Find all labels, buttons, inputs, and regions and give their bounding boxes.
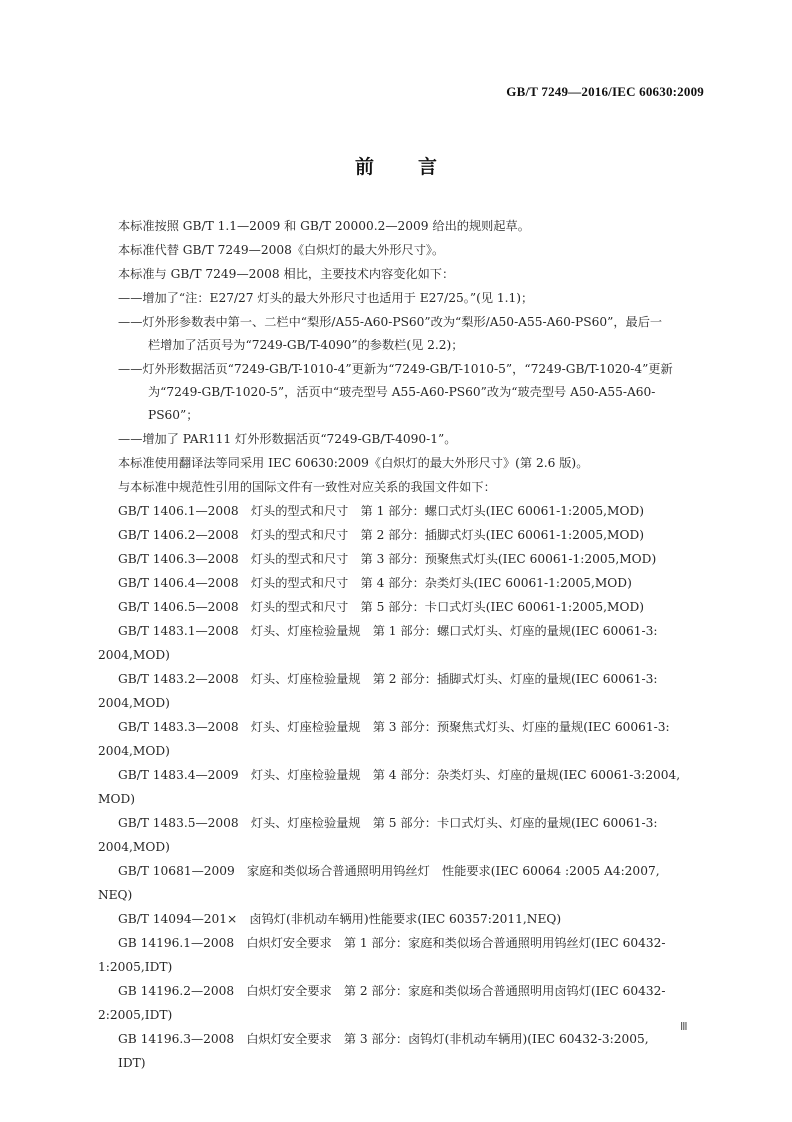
change-item: ——增加了 PAR111 灯外形数据活页“7249-GB/T-4090-1”。 — [118, 431, 456, 447]
change-item-cont: 为“7249-GB/T-1020-5”，活页中“玻壳型号 A55-A60-PS6… — [148, 384, 655, 400]
reference-item: GB 14196.2—2008 白炽灯安全要求 第 2 部分：家庭和类似场合普通… — [118, 983, 665, 999]
change-item: ——灯外形参数表中第一、二栏中“梨形/A55-A60-PS60”改为“梨形/A5… — [118, 314, 662, 330]
reference-item: GB/T 1406.2—2008 灯头的型式和尺寸 第 2 部分：插脚式灯头(I… — [118, 527, 644, 543]
reference-item: GB/T 1483.5—2008 灯头、灯座检验量规 第 5 部分：卡口式灯头、… — [118, 815, 657, 831]
reference-item-cont: NEQ) — [98, 887, 132, 903]
paragraph: 本标准与 GB/T 7249—2008 相比，主要技术内容变化如下： — [118, 266, 454, 282]
change-item: ——灯外形数据活页“7249-GB/T-1010-4”更新为“7249-GB/T… — [118, 361, 673, 377]
reference-item: GB/T 1483.4—2009 灯头、灯座检验量规 第 4 部分：杂类灯头、灯… — [118, 767, 680, 783]
reference-item: GB/T 1483.1—2008 灯头、灯座检验量规 第 1 部分：螺口式灯头、… — [118, 623, 657, 639]
reference-item: GB 14196.1—2008 白炽灯安全要求 第 1 部分：家庭和类似场合普通… — [118, 935, 665, 951]
reference-item: GB/T 1406.4—2008 灯头的型式和尺寸 第 4 部分：杂类灯头(IE… — [118, 575, 632, 591]
reference-item: GB/T 1483.3—2008 灯头、灯座检验量规 第 3 部分：预聚焦式灯头… — [118, 719, 670, 735]
reference-item-cont: 2004,MOD) — [98, 839, 170, 855]
page-number: Ⅲ — [680, 1020, 687, 1033]
reference-item: GB/T 1406.1—2008 灯头的型式和尺寸 第 1 部分：螺口式灯头(I… — [118, 503, 644, 519]
reference-item: GB 14196.3—2008 白炽灯安全要求 第 3 部分：卤钨灯(非机动车辆… — [118, 1031, 649, 1047]
reference-item-cont: 1:2005,IDT) — [98, 959, 172, 975]
reference-item: GB/T 1406.5—2008 灯头的型式和尺寸 第 5 部分：卡口式灯头(I… — [118, 599, 644, 615]
reference-item: GB/T 10681—2009 家庭和类似场合普通照明用钨丝灯 性能要求(IEC… — [118, 863, 660, 879]
reference-item-cont: 2004,MOD) — [98, 647, 170, 663]
reference-item: GB/T 14094—201× 卤钨灯(非机动车辆用)性能要求(IEC 6035… — [118, 911, 561, 927]
reference-item: GB/T 1483.2—2008 灯头、灯座检验量规 第 2 部分：插脚式灯头、… — [118, 671, 657, 687]
change-item-cont: 栏增加了活页号为“7249-GB/T-4090”的参数栏(见 2.2)； — [148, 337, 463, 353]
paragraph: 本标准使用翻译法等同采用 IEC 60630:2009《白炽灯的最大外形尺寸》(… — [118, 455, 588, 471]
paragraph: 本标准代替 GB/T 7249—2008《白炽灯的最大外形尺寸》。 — [118, 242, 444, 258]
reference-item: GB/T 1406.3—2008 灯头的型式和尺寸 第 3 部分：预聚焦式灯头(… — [118, 551, 656, 567]
reference-item-cont: 2004,MOD) — [98, 695, 170, 711]
page-title: 前言 — [0, 152, 792, 179]
change-item: ——增加了“注：E27/27 灯头的最大外形尺寸也适用于 E27/25。”(见 … — [118, 290, 533, 306]
change-item-cont: PS60”； — [148, 407, 198, 423]
reference-item: IDT) — [118, 1055, 145, 1071]
paragraph: 与本标准中规范性引用的国际文件有一致性对应关系的我国文件如下： — [118, 479, 496, 495]
reference-item-cont: MOD) — [98, 791, 135, 807]
reference-item-cont: 2004,MOD) — [98, 743, 170, 759]
reference-item-cont: 2:2005,IDT) — [98, 1007, 172, 1023]
paragraph: 本标准按照 GB/T 1.1—2009 和 GB/T 20000.2—2009 … — [118, 218, 530, 234]
standard-code-header: GB/T 7249—2016/IEC 60630:2009 — [506, 84, 704, 100]
